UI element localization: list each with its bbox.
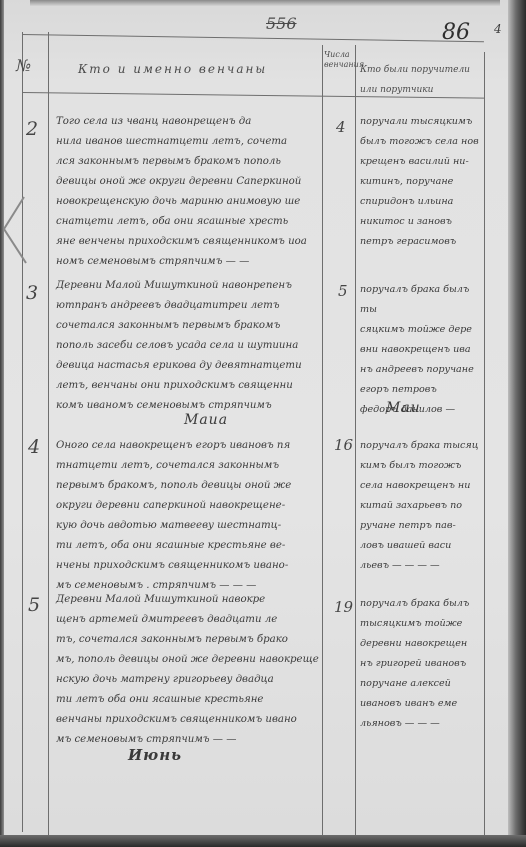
witness-line: вни навокрещенъ ива	[360, 340, 484, 360]
old-folio-number: 556	[266, 14, 297, 33]
entry-number: 3	[26, 282, 38, 304]
witness-text: поручалъ брака тысяц кимъ былъ тогожъ се…	[360, 436, 484, 576]
witness-line: нъ григорей ивановъ	[360, 654, 484, 674]
entry-line: снатцети летъ, оба они ясашные хресть	[56, 212, 322, 232]
entry-line: нила иванов шестнатцети летъ, сочета	[56, 132, 322, 152]
entry-line: первымъ бракомъ, пополь девицы оной же	[56, 476, 322, 496]
witness-line: петръ герасимовъ	[360, 232, 484, 252]
entry-day: 4	[336, 118, 346, 136]
entry-line: лся законнымъ первымъ бракомъ пополь	[56, 152, 322, 172]
entry-line: номъ семеновымъ стряпчимъ — —	[56, 252, 322, 272]
witness-line: былъ тогожъ села нов	[360, 132, 484, 152]
entry-text: Деревни Малой Мишуткиной навонрепенъ ютп…	[56, 276, 322, 416]
entry-number: 5	[28, 594, 40, 616]
entry-line: мъ семеновымъ стряпчимъ — —	[56, 730, 322, 750]
entry-line: щенъ артемей дмитреевъ двадцати ле	[56, 610, 322, 630]
witness-line: ловъ ивашей васи	[360, 536, 484, 556]
entry-day: 16	[334, 436, 353, 454]
witness-text: поручали тысяцкимъ былъ тогожъ села нов …	[360, 112, 484, 252]
entry-line: венчаны приходскимъ священникомъ ивано	[56, 710, 322, 730]
column-rule-number	[48, 32, 49, 842]
column-rule-left-margin	[22, 32, 23, 832]
scan-bottom-edge	[0, 835, 526, 847]
entry-line: Того села из чванц навонрещенъ да	[56, 112, 322, 132]
witness-line: поручалъ брака былъ	[360, 594, 484, 614]
entry-line: яне венчены приходскимъ священникомъ иоа	[56, 232, 322, 252]
month-header-bottom: Июнь	[128, 746, 182, 764]
entry-text: Деревни Малой Мишуткиной навокре щенъ ар…	[56, 590, 322, 750]
witness-line: деревни навокрещен	[360, 634, 484, 654]
entry-line: мъ, пополь девицы оной же деревни навокр…	[56, 650, 322, 670]
entry-line: ти летъ, оба они ясашные крестьяне ве-	[56, 536, 322, 556]
header-date-count: Числа венчания	[324, 50, 354, 70]
witness-line: ивановъ иванъ еме	[360, 694, 484, 714]
entry-line: новокрещенскую дочь мариню анимовую ше	[56, 192, 322, 212]
witness-line: льяновъ — — —	[360, 714, 484, 734]
entry-line: ютпранъ андреевъ двадцатитреи летъ	[56, 296, 322, 316]
witness-line: нъ андреевъ поручане	[360, 360, 484, 380]
witness-text: поручалъ брака былъ ты сяцкимъ тойже дер…	[360, 280, 484, 420]
header-top-rule	[22, 34, 484, 42]
corner-mark: 4	[494, 22, 502, 36]
witness-text: поручалъ брака былъ тысяцкимъ тойже дере…	[360, 594, 484, 734]
entry-line: Деревни Малой Мишуткиной навокре	[56, 590, 322, 610]
witness-line: льевъ — — — —	[360, 556, 484, 576]
header-who-married: Кто и именно венчаны	[78, 62, 267, 76]
entry-line: Деревни Малой Мишуткиной навонрепенъ	[56, 276, 322, 296]
entry-line: летъ, венчаны они приходскимъ священни	[56, 376, 322, 396]
witness-line: сяцкимъ тойже дере	[360, 320, 484, 340]
witness-line: кимъ былъ тогожъ	[360, 456, 484, 476]
witness-line: села навокрещенъ ни	[360, 476, 484, 496]
entry-line: кую дочь авдотью матвееву шестнатц-	[56, 516, 322, 536]
entry-line: сочетался законнымъ первымъ бракомъ	[56, 316, 322, 336]
entry-line: пополь засеби селовъ усада села и шутиин…	[56, 336, 322, 356]
witness-line: поручалъ брака тысяц	[360, 436, 484, 456]
entry-day: 5	[338, 282, 348, 300]
header-number: №	[16, 56, 31, 75]
entry-day: 19	[334, 598, 353, 616]
header-witnesses: Кто были поручители или порутчики	[360, 60, 480, 100]
entry-line: девицы оной же округи деревни Саперкиной	[56, 172, 322, 192]
column-rule-witnesses	[355, 45, 356, 840]
column-rule-count	[322, 45, 323, 840]
witness-line: китинъ, поручане	[360, 172, 484, 192]
folio-number: 86	[442, 20, 470, 45]
entry-line: нчены приходскимъ священникомъ ивано-	[56, 556, 322, 576]
month-header-left: Маиа	[184, 412, 228, 428]
witness-line: крещенъ василий ни-	[360, 152, 484, 172]
witness-line: китай захарьевъ по	[360, 496, 484, 516]
column-rule-right	[484, 52, 485, 842]
witness-line: поручалъ брака былъ ты	[360, 280, 484, 320]
entry-number: 4	[28, 436, 40, 458]
register-page: 556 86 4 № Кто и именно венчаны Числа ве…	[4, 0, 511, 838]
entry-text: Того села из чванц навонрещенъ да нила и…	[56, 112, 322, 272]
entry-line: округи деревни саперкиной навокрещене-	[56, 496, 322, 516]
entry-line: девица настасья ерикова ду девятнатцети	[56, 356, 322, 376]
binding-thread-icon	[4, 195, 28, 265]
witness-line: егоръ петровъ	[360, 380, 484, 400]
entry-line: тнатцети летъ, сочетался законнымъ	[56, 456, 322, 476]
scan-top-edge	[30, 0, 500, 6]
witness-line: тысяцкимъ тойже	[360, 614, 484, 634]
entry-line: ти летъ оба они ясашные крестьяне	[56, 690, 322, 710]
witness-line: поручали тысяцкимъ	[360, 112, 484, 132]
entry-text: Оного села навокрещенъ егоръ ивановъ пя …	[56, 436, 322, 596]
witness-line: поручане алексей	[360, 674, 484, 694]
scan-right-edge	[508, 0, 526, 847]
witness-line: спиридонъ ильина	[360, 192, 484, 212]
month-header-right: Маи	[386, 400, 421, 416]
witness-line: ручане петръ пав-	[360, 516, 484, 536]
entry-line: тъ, сочетался законнымъ первымъ брако	[56, 630, 322, 650]
witness-line: никитос и зановъ	[360, 212, 484, 232]
entry-number: 2	[26, 118, 38, 140]
entry-line: нскую дочь матрену григорьеву двадца	[56, 670, 322, 690]
entry-line: Оного села навокрещенъ егоръ ивановъ пя	[56, 436, 322, 456]
witness-line: федоръ данилов —	[360, 400, 484, 420]
